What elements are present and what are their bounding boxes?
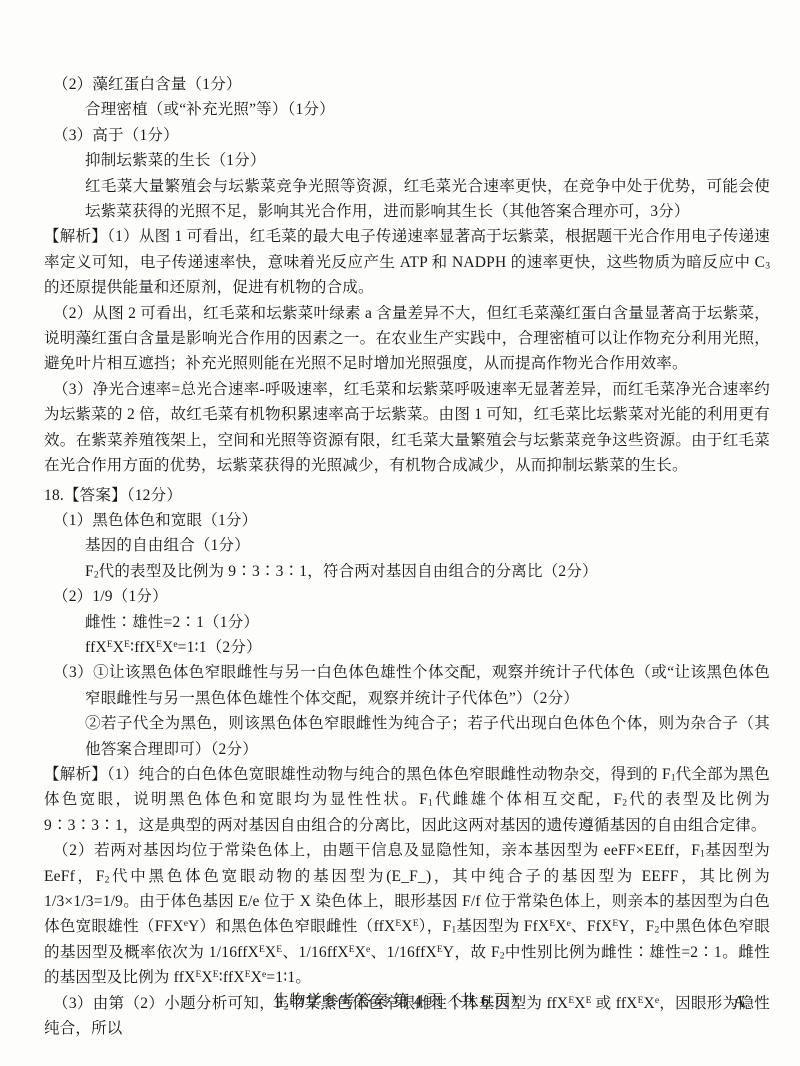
answer-sheet-content: （2）藻红蛋白含量（1分） 合理密植（或“补充光照”等）（1分） （3）高于（1…	[44, 72, 770, 1041]
q17-answer-3-sub1: 抑制坛紫菜的生长（1分）	[44, 148, 770, 173]
q18-header: 18.【答案】（12分）	[44, 483, 770, 508]
q18-answer-3-part2: ②若子代全为黑色，则该黑色体色窄眼雌性为纯合子；若子代出现白色体色个体，则为杂合…	[44, 711, 770, 762]
q17-answer-3-sub2: 红毛菜大量繁殖会与坛紫菜竞争光照等资源，红毛菜光合速率更快，在竞争中处于优势，可…	[44, 174, 770, 225]
footer-page-label: 生物学参考答案 第 4 页（共 6 页）	[0, 990, 800, 1014]
q17-analysis-1: 【解析】（1）从图 1 可看出，红毛菜的最大电子传递速率显著高于坛紫菜，根据题干…	[44, 224, 770, 300]
page-footer: 生物学参考答案 第 4 页（共 6 页） A	[0, 990, 800, 1014]
q17-analysis-3: （3）净光合速率=总光合速率-呼吸速率，红毛菜和坛紫菜呼吸速率无显著差异，而红毛…	[44, 377, 770, 479]
q18-analysis-2: （2）若两对基因均位于常染色体上，由题干信息及显隐性知，亲本基因型为 eeFF×…	[44, 838, 770, 990]
q17-answer-2-sub: 合理密植（或“补充光照”等）（1分）	[44, 97, 770, 122]
q18-answer-3-part1: （3）①让该黑色体色窄眼雌性与另一白色体色雄性个体交配，观察并统计子代体色（或“…	[44, 660, 770, 711]
q18-analysis-1: 【解析】（1）纯合的白色体色宽眼雄性动物与纯合的黑色体色窄眼雌性动物杂交，得到的…	[44, 762, 770, 838]
q18-answer-2: （2）1/9（1分）	[44, 584, 770, 609]
q18-answer-1-sub2: F2代的表型及比例为 9∶3∶3∶1，符合两对基因自由组合的分离比（2分）	[44, 559, 770, 584]
q17-analysis-2: （2）从图 2 可看出，红毛菜和坛紫菜叶绿素 a 含量差异不大，但红毛菜藻红蛋白…	[44, 301, 770, 377]
q18-answer-1: （1）黑色体色和宽眼（1分）	[44, 508, 770, 533]
document-page: { "q17": { "answers": [ "（2）藻红蛋白含量（1分）",…	[0, 0, 800, 1066]
q17-answer-2: （2）藻红蛋白含量（1分）	[44, 72, 770, 97]
q17-answer-3: （3）高于（1分）	[44, 123, 770, 148]
q18-answer-2-sub1: 雌性∶雄性=2∶1（1分）	[44, 610, 770, 635]
footer-version-letter: A	[733, 990, 745, 1014]
q18-answer-2-sub2: ffXEXE∶ffXEXe=1∶1（2分）	[44, 635, 770, 660]
q18-answer-1-sub1: 基因的自由组合（1分）	[44, 533, 770, 558]
